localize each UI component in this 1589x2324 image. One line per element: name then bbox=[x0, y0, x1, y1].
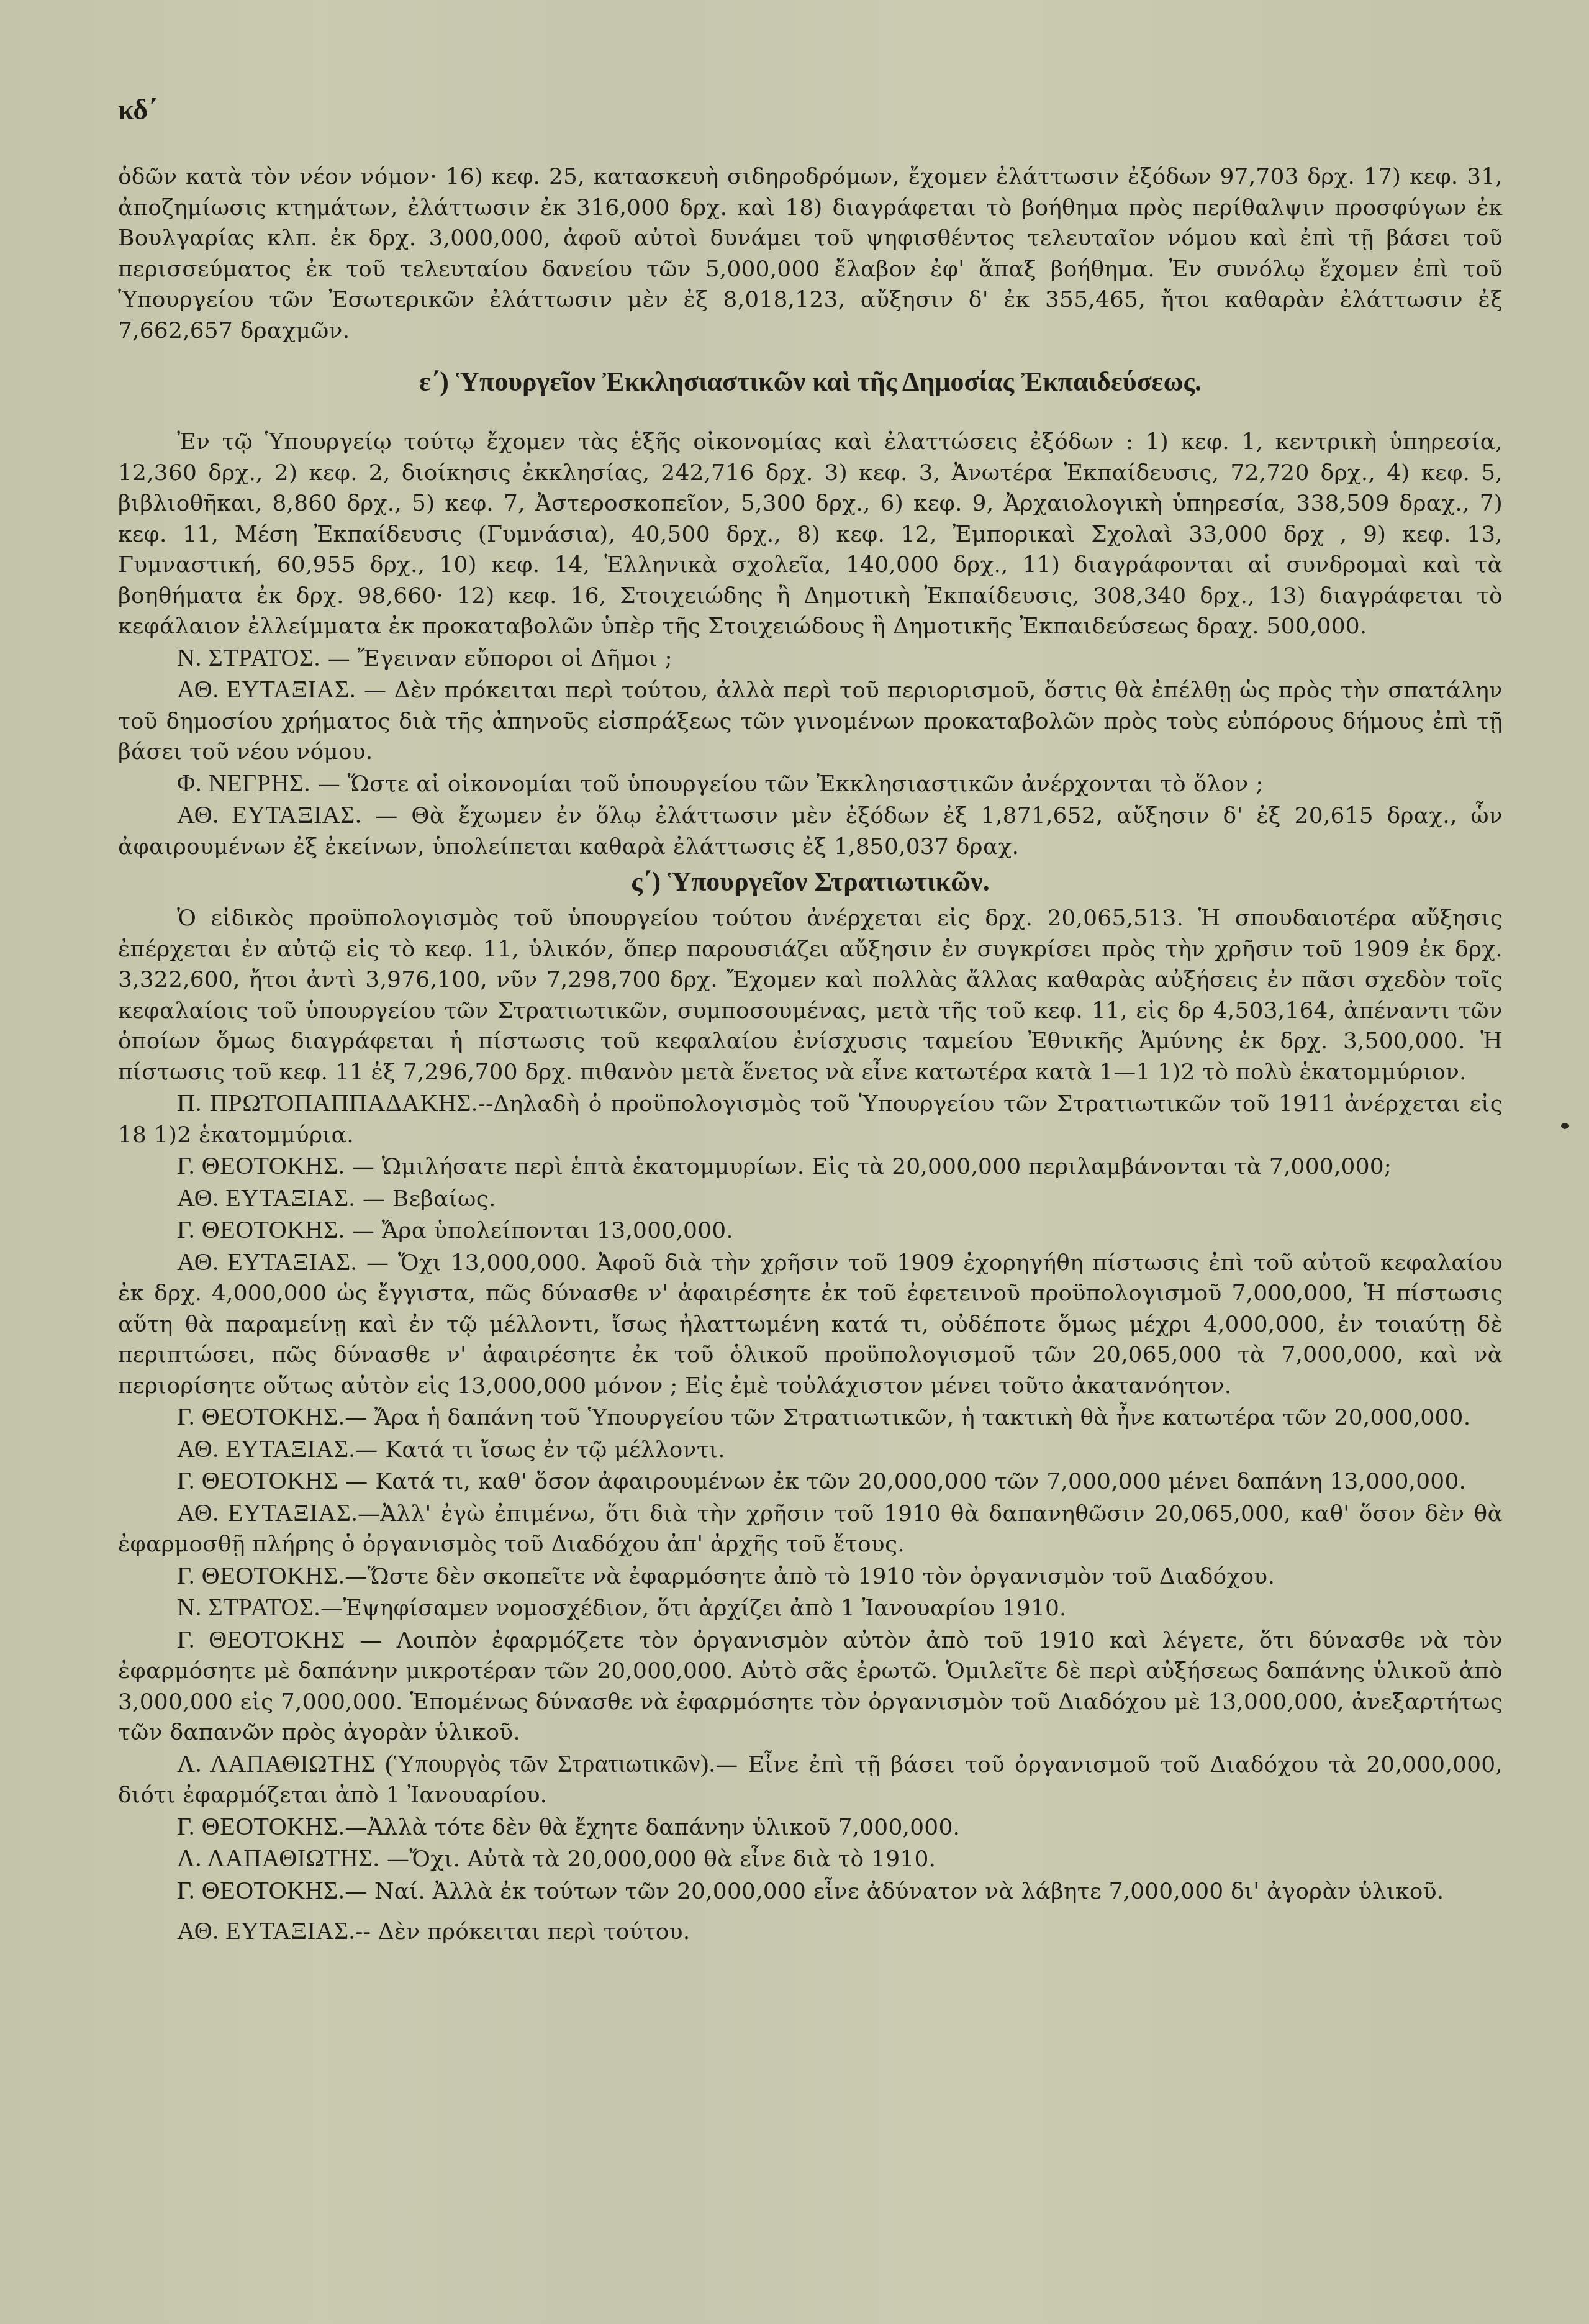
speech-text: Δὲν πρόκειται περὶ τούτου. bbox=[378, 1919, 690, 1945]
speech-text: Ὄχι. Αὐτὰ τὰ 20,000,000 θὰ εἶνε διὰ τὸ 1… bbox=[409, 1846, 936, 1872]
speaker-name: Π. ΠΡΩΤΟΠΑΠΠΑΔΑΚΗΣ. bbox=[177, 1089, 478, 1117]
speech: ΑΘ. ΕΥΤΑΞΙΑΣ.— Κατά τι ἴσως ἐν τῷ μέλλον… bbox=[118, 1433, 1503, 1466]
speaker-name: Γ. ΘΕΟΤΟΚΗΣ. bbox=[177, 1876, 345, 1904]
speaker-name: Γ. ΘΕΟΤΟΚΗΣ bbox=[177, 1625, 345, 1653]
speech: Γ. ΘΕΟΤΟΚΗΣ.—Ὥστε δὲν σκοπεῖτε νὰ ἐφαρμό… bbox=[118, 1560, 1503, 1592]
speech-text: Ἄρα ἡ δαπάνη τοῦ Ὑπουργείου τῶν Στρατιωτ… bbox=[374, 1405, 1470, 1430]
speaker-name: Λ. ΛΑΠΑΘΙΩΤΗΣ (Ὑπουργὸς τῶν Στρατιωτικῶν… bbox=[177, 1750, 715, 1777]
intro-paragraph: ὁδῶν κατὰ τὸν νέον νόμον· 16) κεφ. 25, κ… bbox=[118, 161, 1503, 346]
speech-text: Ἔγειναν εὔποροι οἱ Δῆμοι ; bbox=[358, 646, 672, 671]
speaker-name: Γ. ΘΕΟΤΟΚΗΣ. bbox=[177, 1402, 345, 1430]
section-body-ecclesiastical: Ἐν τῷ Ὑπουργείῳ τούτῳ ἔχομεν τὰς ἑξῆς οἰ… bbox=[118, 427, 1503, 642]
dash: — bbox=[345, 1154, 382, 1179]
dash: — bbox=[357, 1250, 398, 1276]
speaker-name: ΑΘ. ΕΥΤΑΞΙΑΣ. bbox=[177, 1184, 355, 1212]
speech-text: Ὡμιλήσατε περὶ ἑπτὰ ἑκατομμυρίων. Εἰς τὰ… bbox=[382, 1154, 1392, 1179]
speaker-name: ΑΘ. ΕΥΤΑΞΙΑΣ. bbox=[177, 675, 356, 703]
speech: Φ. ΝΕΓΡΗΣ. — Ὥστε αἱ οἰκονομίαι τοῦ ὑπου… bbox=[118, 768, 1503, 800]
dash: — bbox=[310, 771, 348, 797]
speech-text: Ὥστε δὲν σκοπεῖτε νὰ ἐφαρμόσητε ἀπὸ τὸ 1… bbox=[367, 1564, 1275, 1589]
dash: — bbox=[345, 1405, 374, 1430]
dash: — bbox=[345, 1879, 374, 1904]
speech: Ν. ΣΤΡΑΤΟΣ. — Ἔγειναν εὔποροι οἱ Δῆμοι ; bbox=[118, 642, 1503, 674]
dash: — bbox=[345, 1628, 396, 1653]
dash: — bbox=[356, 678, 394, 703]
speaker-name: ΑΘ. ΕΥΤΑΞΙΑΣ. bbox=[177, 801, 361, 828]
section-body-military: Ὁ εἰδικὸς προϋπολογισμὸς τοῦ ὑπουργείου … bbox=[118, 903, 1503, 1087]
dash: — bbox=[355, 1186, 392, 1212]
dash: — bbox=[379, 1846, 409, 1872]
dash: — bbox=[320, 1595, 343, 1621]
speaker-name: ΑΘ. ΕΥΤΑΞΙΑΣ. bbox=[177, 1917, 355, 1945]
speech-text: Ἐψηφίσαμεν νομοσχέδιον, ὅτι ἀρχίζει ἀπὸ … bbox=[343, 1595, 1066, 1621]
speaker-name: ΑΘ. ΕΥΤΑΞΙΑΣ. bbox=[177, 1435, 355, 1463]
dash: — bbox=[338, 1469, 376, 1494]
dash: — bbox=[715, 1752, 748, 1777]
speaker-name: ΑΘ. ΕΥΤΑΞΙΑΣ. bbox=[177, 1499, 358, 1527]
speech: Ν. ΣΤΡΑΤΟΣ.—Ἐψηφίσαμεν νομοσχέδιον, ὅτι … bbox=[118, 1592, 1503, 1624]
speaker-name: Φ. ΝΕΓΡΗΣ. bbox=[177, 769, 310, 797]
dash: — bbox=[345, 1815, 367, 1840]
speech-text: Ναί. Ἀλλὰ ἐκ τούτων τῶν 20,000,000 εἶνε … bbox=[374, 1879, 1444, 1904]
margin-ink-spot bbox=[1561, 1123, 1569, 1129]
dash: — bbox=[361, 803, 411, 828]
speech: Λ. ΛΑΠΑΘΙΩΤΗΣ. —Ὄχι. Αὐτὰ τὰ 20,000,000 … bbox=[118, 1843, 1503, 1875]
speaker-name: Γ. ΘΕΟΤΟΚΗΣ bbox=[177, 1466, 338, 1494]
speaker-name: Γ. ΘΕΟΤΟΚΗΣ. bbox=[177, 1561, 345, 1589]
speech: Γ. ΘΕΟΤΟΚΗΣ.— Ναί. Ἀλλὰ ἐκ τούτων τῶν 20… bbox=[118, 1875, 1503, 1907]
dash: — bbox=[345, 1218, 382, 1243]
speech-text: Ὥστε αἱ οἰκονομίαι τοῦ ὑπουργείου τῶν Ἐκ… bbox=[348, 771, 1264, 797]
speech: ΑΘ. ΕΥΤΑΞΙΑΣ. — Δὲν πρόκειται περὶ τούτο… bbox=[118, 674, 1503, 768]
speaker-name: Γ. ΘΕΟΤΟΚΗΣ. bbox=[177, 1812, 345, 1840]
speech-text: Ἀλλὰ τότε δὲν θὰ ἔχητε δαπάνην ὑλικοῦ 7,… bbox=[367, 1815, 960, 1840]
dash: -- bbox=[478, 1091, 494, 1117]
speaker-name: ΑΘ. ΕΥΤΑΞΙΑΣ. bbox=[177, 1248, 357, 1276]
dash: — bbox=[355, 1437, 385, 1463]
speaker-name: Γ. ΘΕΟΤΟΚΗΣ. bbox=[177, 1215, 345, 1243]
speech: ΑΘ. ΕΥΤΑΞΙΑΣ. — Θὰ ἔχωμεν ἐν ὅλῳ ἐλάττωσ… bbox=[118, 799, 1503, 862]
speech: ΑΘ. ΕΥΤΑΞΙΑΣ.—Ἀλλ' ἐγὼ ἐπιμένω, ὅτι διὰ … bbox=[118, 1497, 1503, 1560]
speech-text: Κατά τι, καθ' ὅσον ἀφαιρουμένων ἐκ τῶν 2… bbox=[375, 1469, 1466, 1494]
speech: Γ. ΘΕΟΤΟΚΗΣ. — Ὡμιλήσατε περὶ ἑπτὰ ἑκατο… bbox=[118, 1150, 1503, 1182]
speech: Γ. ΘΕΟΤΟΚΗΣ — Λοιπὸν ἐφαρμόζετε τὸν ὀργα… bbox=[118, 1624, 1503, 1748]
document-page: κδ΄ ὁδῶν κατὰ τὸν νέον νόμον· 16) κεφ. 2… bbox=[118, 93, 1503, 1948]
speech: Γ. ΘΕΟΤΟΚΗΣ.—Ἀλλὰ τότε δὲν θὰ ἔχητε δαπά… bbox=[118, 1811, 1503, 1843]
dash: — bbox=[345, 1564, 367, 1589]
section-heading-military: ς΄) Ὑπουργεῖον Στρατιωτικῶν. bbox=[118, 866, 1503, 898]
speech: Π. ΠΡΩΤΟΠΑΠΠΑΔΑΚΗΣ.--Δηλαδὴ ὁ προϋπολογι… bbox=[118, 1087, 1503, 1150]
speech: ΑΘ. ΕΥΤΑΞΙΑΣ. — Βεβαίως. bbox=[118, 1182, 1503, 1215]
dash: — bbox=[358, 1501, 380, 1527]
speech-text: Ἄρα ὑπολείπονται 13,000,000. bbox=[382, 1218, 733, 1243]
speech-text: Κατά τι ἴσως ἐν τῷ μέλλοντι. bbox=[385, 1437, 725, 1463]
speech: Γ. ΘΕΟΤΟΚΗΣ.— Ἄρα ἡ δαπάνη τοῦ Ὑπουργείο… bbox=[118, 1401, 1503, 1433]
speech-text: Βεβαίως. bbox=[392, 1186, 496, 1212]
dash: — bbox=[320, 646, 358, 671]
speech: Γ. ΘΕΟΤΟΚΗΣ. — Ἄρα ὑπολείπονται 13,000,0… bbox=[118, 1214, 1503, 1246]
speech: Γ. ΘΕΟΤΟΚΗΣ — Κατά τι, καθ' ὅσον ἀφαιρου… bbox=[118, 1465, 1503, 1497]
speech: ΑΘ. ΕΥΤΑΞΙΑΣ. — Ὄχι 13,000,000. Ἀφοῦ διὰ… bbox=[118, 1246, 1503, 1402]
dash: -- bbox=[355, 1919, 378, 1945]
speaker-name: Ν. ΣΤΡΑΤΟΣ. bbox=[177, 1593, 320, 1621]
speaker-name: Λ. ΛΑΠΑΘΙΩΤΗΣ. bbox=[177, 1844, 379, 1872]
speaker-name: Γ. ΘΕΟΤΟΚΗΣ. bbox=[177, 1151, 345, 1179]
section-heading-ecclesiastical: ε΄) Ὑπουργεῖον Ἐκκλησιαστικῶν καὶ τῆς Δη… bbox=[118, 366, 1503, 398]
speaker-name: Ν. ΣΤΡΑΤΟΣ. bbox=[177, 643, 320, 671]
speech: Λ. ΛΑΠΑΘΙΩΤΗΣ (Ὑπουργὸς τῶν Στρατιωτικῶν… bbox=[118, 1748, 1503, 1811]
page-number: κδ΄ bbox=[118, 93, 1503, 137]
speech: ΑΘ. ΕΥΤΑΞΙΑΣ.-- Δὲν πρόκειται περὶ τούτο… bbox=[118, 1915, 1503, 1948]
